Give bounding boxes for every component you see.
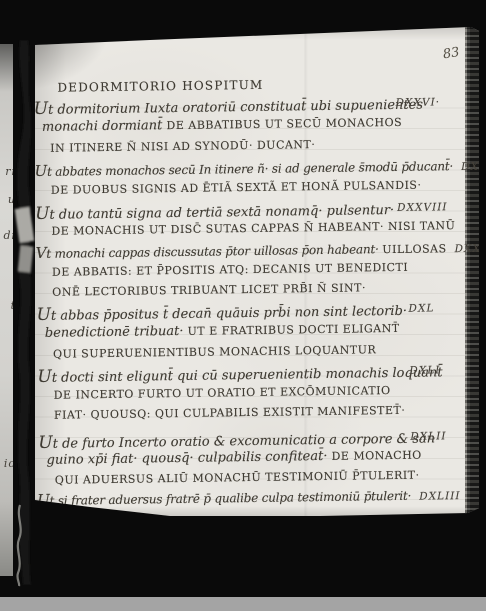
chapter-number: DXLII bbox=[410, 431, 446, 442]
chapter-number: DXXVII bbox=[461, 160, 486, 173]
line-text: t docti sint eligunt̄ qui cū superuenien… bbox=[52, 365, 443, 385]
folio-number: 83 bbox=[442, 46, 460, 61]
line-text: t dormitorium Iuxta oratoriū constituat̄… bbox=[48, 98, 423, 118]
line-text: t si frater aduersus fratrē p̄ qualibe c… bbox=[50, 489, 412, 508]
line-text: DE ABBATIBUS UT SECŪ MONACHOS bbox=[166, 116, 402, 132]
manuscript-line: IN ITINERE Ñ NISI AD SYNODŪ· DUCANT· bbox=[18, 136, 477, 156]
manuscript-line: Vt monachi cappas discussutas p̄tor uill… bbox=[20, 239, 479, 263]
line-lead: monachi dormiant̄ bbox=[42, 118, 167, 135]
parchment-page: 83 DEDORMITORIO HOSPITUM Ut dormitorium … bbox=[20, 24, 479, 522]
binding-thread bbox=[12, 503, 30, 587]
line-lead: benedictionē tribuat· bbox=[45, 324, 188, 341]
chapter-number: DXXVIII bbox=[397, 202, 448, 213]
line-text: UILLOSAS bbox=[382, 242, 446, 256]
line-text: UT E FRATRIBUS DOCTI ELIGANT̄ bbox=[187, 322, 399, 338]
manuscript-line: QUI ADUERSUS ALIŪ MONACHŪ TESTIMONIŪ P̄T… bbox=[23, 468, 482, 488]
line-text: t abbates monachos secū In itinere ñ· si… bbox=[47, 159, 453, 179]
scan-bed-strip bbox=[0, 597, 486, 611]
manuscript-line: DE ABBATIS: ET P̄POSITIS ATQ: DECANIS UT… bbox=[20, 260, 479, 280]
manuscript-line: QUI SUPERUENIENTIBUS MONACHIS LOQUANTUR bbox=[21, 342, 480, 362]
text-layer: 83 DEDORMITORIO HOSPITUM Ut dormitorium … bbox=[17, 21, 483, 525]
manuscript-line: Ut abbates monachos secū In itinere ñ· s… bbox=[18, 157, 477, 181]
line-text: DE MONACHO bbox=[331, 449, 421, 463]
chapter-number: DXXVI· bbox=[396, 97, 441, 108]
chapter-number: DXLI bbox=[409, 365, 440, 376]
line-lead: guino xp̄i fiat· quousq̄· culpabilis con… bbox=[46, 449, 331, 468]
chapter-number: DXLIII bbox=[419, 490, 460, 503]
manuscript-line: ONĒ LECTORIBUS TRIBUANT LICET PRB̄I Ñ SI… bbox=[20, 280, 479, 300]
section-heading: DEDORMITORIO HOSPITUM bbox=[17, 75, 476, 96]
chapter-number: DXXVIIII bbox=[455, 242, 486, 255]
chapter-number: DXL bbox=[408, 303, 434, 314]
line-text: t abbas p̄positus t̄ decan̄ quāuis prb̄i… bbox=[51, 304, 407, 324]
manuscript-line: Ut si frater aduersus fratrē p̄ qualibe … bbox=[23, 486, 482, 510]
manuscript-photo: ri u di t io 83 DEDORMITORIO HOSPITUM Ut… bbox=[0, 0, 486, 611]
manuscript-line: DE DUOBUS SIGNIS AD ĒTIÃ SEXTÃ ET HONÃ P… bbox=[19, 178, 478, 198]
line-lead: t monachi cappas discussutas p̄tor uillo… bbox=[46, 242, 382, 261]
manuscript-line: FIAT· QUOUSQ: QUI CULPABILIS EXISTIT MAN… bbox=[22, 403, 481, 423]
